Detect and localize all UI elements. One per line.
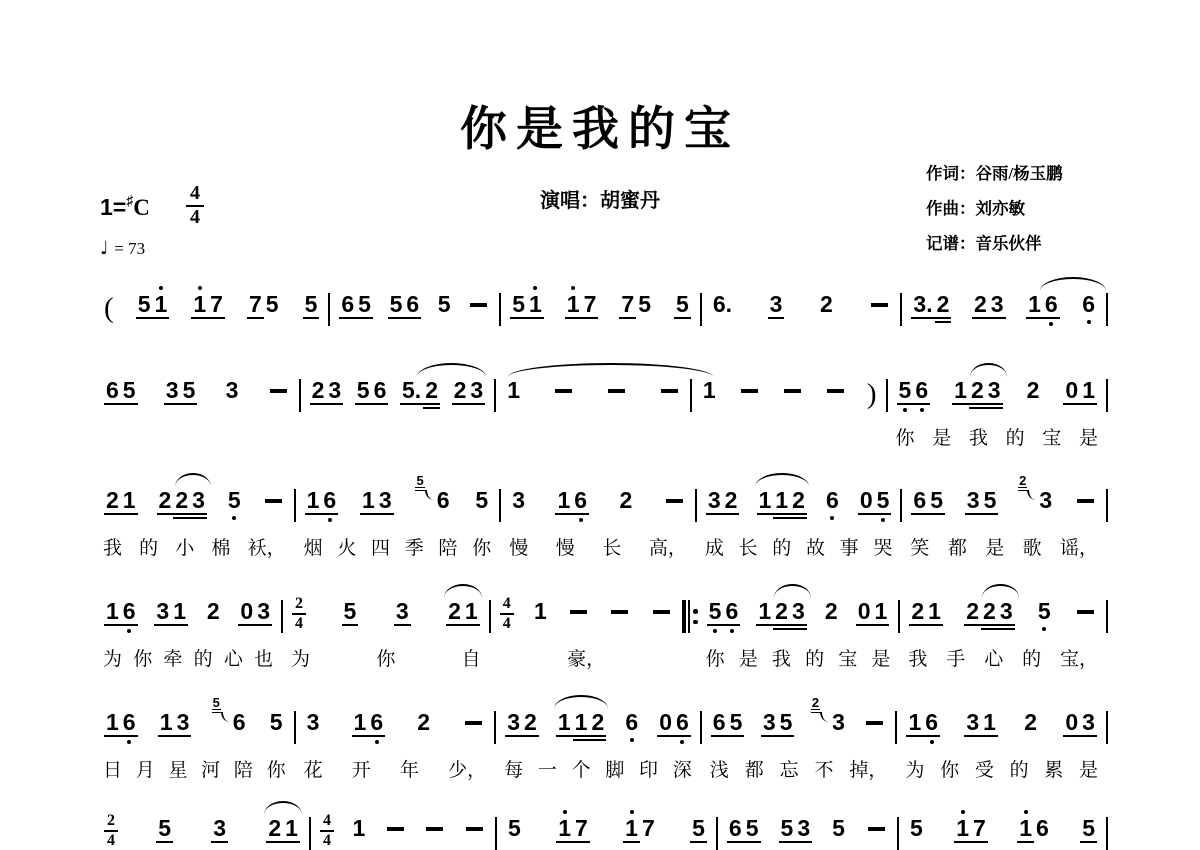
note-group bbox=[824, 378, 847, 393]
note: 2 bbox=[790, 488, 807, 519]
grace-curve bbox=[820, 712, 829, 722]
measure-notes: 212235 bbox=[95, 488, 294, 526]
note: 1 bbox=[1026, 292, 1043, 319]
measure-notes: 441 bbox=[491, 599, 682, 637]
barline bbox=[1106, 711, 1108, 744]
note-group: 3 bbox=[211, 816, 228, 843]
measure: 1613565日月星河陪你 bbox=[95, 710, 294, 782]
note: 2 bbox=[773, 599, 790, 630]
ts-denominator: 4 bbox=[503, 615, 511, 633]
note-group bbox=[567, 599, 590, 614]
note-group: 23 bbox=[811, 710, 847, 735]
note: 1 bbox=[104, 599, 121, 626]
open-paren: ( bbox=[104, 292, 114, 325]
lyric-char: 牵 bbox=[163, 644, 182, 671]
note-group: 6 bbox=[623, 710, 640, 735]
measure-notes: 65565 bbox=[330, 292, 499, 330]
note-group: 56 bbox=[388, 292, 422, 319]
note-group: 65 bbox=[911, 488, 945, 515]
note: 1 bbox=[773, 488, 790, 519]
dash-rest bbox=[871, 303, 888, 307]
note-group: 13 bbox=[360, 488, 394, 515]
note: 7 bbox=[208, 292, 225, 319]
lyric-char: 你 bbox=[472, 533, 491, 560]
note-group: 13 bbox=[158, 710, 192, 737]
lyrics-line: 每一个脚印深 bbox=[496, 755, 700, 782]
measure-notes: 653523 bbox=[902, 488, 1106, 526]
measure-notes: 517175 bbox=[497, 816, 716, 850]
note-group: 16 bbox=[555, 488, 589, 515]
measure-notes: 6.32 bbox=[702, 292, 901, 330]
dash-rest bbox=[470, 303, 487, 307]
measure: 441 bbox=[311, 816, 495, 850]
note-group: 05 bbox=[858, 488, 892, 515]
note-group bbox=[608, 599, 631, 614]
barline bbox=[1106, 600, 1108, 633]
lyric-char: 棉 bbox=[211, 533, 230, 560]
note-group: 35 bbox=[761, 710, 795, 737]
note: 3 bbox=[768, 292, 785, 319]
measure: 653523笑都是歌谣， bbox=[902, 488, 1106, 560]
lyric-char: 的 bbox=[772, 533, 791, 560]
measure: (5117755 bbox=[95, 292, 328, 330]
note-group: 3 bbox=[768, 292, 785, 319]
note: 1 bbox=[701, 378, 718, 403]
measure-notes: 32112606 bbox=[496, 710, 700, 748]
note: 6 bbox=[1043, 292, 1060, 319]
note: 5 bbox=[674, 292, 691, 319]
note: 2 bbox=[157, 488, 174, 515]
lyric-char: 心 bbox=[984, 644, 1003, 671]
note: 2 bbox=[1025, 378, 1042, 403]
note: 2 bbox=[969, 378, 986, 409]
note: 1 bbox=[121, 488, 138, 515]
note-group bbox=[865, 816, 888, 831]
note: 3 bbox=[377, 488, 394, 515]
note-group: 35 bbox=[164, 378, 198, 405]
ts-denominator: 4 bbox=[107, 832, 115, 850]
note: 2 bbox=[909, 599, 926, 626]
note: 3 bbox=[830, 710, 847, 735]
lyric-char: 你 bbox=[267, 755, 286, 782]
note-group: 6 bbox=[1080, 292, 1097, 317]
note-group: 21 bbox=[909, 599, 943, 626]
note-group: 75 bbox=[247, 292, 281, 319]
note-group: 01 bbox=[1063, 378, 1097, 405]
dash-rest bbox=[653, 610, 670, 614]
note-group-slur: 123 bbox=[952, 378, 1002, 409]
note-group-slur: 123 bbox=[756, 599, 806, 630]
note: 6 bbox=[911, 488, 928, 515]
note: 7 bbox=[619, 292, 636, 319]
note: 6 bbox=[104, 378, 121, 405]
measure: 1) bbox=[692, 378, 886, 416]
note: 5 bbox=[636, 292, 653, 317]
note: 5 bbox=[744, 816, 761, 843]
note-group bbox=[663, 488, 686, 503]
note: 2 bbox=[423, 378, 440, 409]
note: 6 bbox=[121, 599, 138, 626]
note: 1 bbox=[981, 710, 998, 737]
note-group: 2 bbox=[1025, 378, 1042, 403]
note-group: 75 bbox=[619, 292, 653, 319]
note: 1 bbox=[906, 710, 923, 737]
grace-curve bbox=[425, 490, 434, 500]
measure-notes: 1) bbox=[692, 378, 886, 416]
note-group-slur: 223 bbox=[157, 488, 207, 519]
note: 5 bbox=[1036, 599, 1053, 624]
note-group: 17 bbox=[556, 816, 590, 843]
lyric-char: 陪 bbox=[234, 755, 253, 782]
note-group bbox=[738, 378, 761, 393]
lyric-char: 脚 bbox=[605, 755, 624, 782]
measure-notes: 5117755 bbox=[501, 292, 700, 330]
lyric-char: 掉， bbox=[849, 755, 887, 782]
note: 7 bbox=[640, 816, 657, 841]
time-signature: 24 bbox=[104, 812, 118, 849]
note: 6 bbox=[368, 710, 385, 737]
note: 3 bbox=[394, 599, 411, 626]
note: 2 bbox=[205, 599, 222, 624]
lyric-char: 的 bbox=[1022, 644, 1041, 671]
barline bbox=[1106, 379, 1108, 412]
lyric-char: 慢 bbox=[556, 533, 575, 560]
note-group: 16 bbox=[305, 488, 339, 515]
ts-numerator: 2 bbox=[292, 595, 306, 615]
score-system: 6535323565.22311)56123201你是我的宝是 bbox=[95, 378, 1108, 450]
note: 2 bbox=[104, 488, 121, 515]
measure: 3162花开年少， bbox=[296, 710, 495, 782]
note: 1 bbox=[556, 710, 573, 737]
note-group: 65 bbox=[104, 378, 138, 405]
note-group: 5 bbox=[830, 816, 847, 841]
lyric-char: 月 bbox=[136, 755, 155, 782]
lyric-char: 日 bbox=[103, 755, 122, 782]
note: 5 bbox=[779, 816, 796, 843]
score: (51177556556551177556.323.22316665353235… bbox=[0, 0, 1200, 850]
note-group bbox=[262, 488, 285, 503]
lyrics-line: 为你受的累是 bbox=[897, 755, 1106, 782]
note: 5. bbox=[400, 378, 423, 405]
measure: 23565.223 bbox=[301, 378, 495, 416]
note-group: 56 bbox=[212, 710, 248, 735]
note: 1 bbox=[565, 292, 582, 319]
note: 3 bbox=[255, 599, 272, 626]
note-group: 65 bbox=[711, 710, 745, 737]
lyric-char: 故 bbox=[806, 533, 825, 560]
note: 0 bbox=[858, 488, 875, 515]
measure: 1 bbox=[496, 378, 690, 416]
grace-note: 5 bbox=[415, 474, 424, 491]
dash-rest bbox=[1077, 499, 1094, 503]
lyric-char: 为 bbox=[905, 755, 924, 782]
repeat-thick-bar bbox=[682, 600, 686, 633]
grace-curve bbox=[1027, 490, 1036, 500]
lyric-char: 我 bbox=[908, 644, 927, 671]
note: 3 bbox=[1080, 710, 1097, 737]
score-system: 1631203为你牵的心也245321为你自441豪，56123201你是我的宝… bbox=[95, 599, 1108, 671]
note: 1 bbox=[505, 378, 522, 403]
note: 5 bbox=[510, 292, 527, 319]
measure-notes: 3.223166 bbox=[902, 292, 1106, 330]
note-group bbox=[467, 292, 490, 307]
note-group: 5 bbox=[226, 488, 243, 513]
note-group: 16 bbox=[352, 710, 386, 737]
measure: 1631203为你牵的心也 bbox=[95, 599, 281, 671]
note: 2 bbox=[522, 710, 539, 737]
note-group: 2 bbox=[1022, 710, 1039, 735]
lyric-char: 长 bbox=[602, 533, 621, 560]
close-paren: ) bbox=[867, 378, 877, 411]
measure: 32112606每一个脚印深 bbox=[496, 710, 700, 782]
lyric-char: 个 bbox=[572, 755, 591, 782]
measure-notes: 32112605 bbox=[697, 488, 901, 526]
lyric-char: 年 bbox=[400, 755, 419, 782]
note: 1 bbox=[104, 710, 121, 737]
note: 6 bbox=[723, 599, 740, 626]
note: 2 bbox=[935, 292, 952, 323]
note: 3 bbox=[224, 378, 241, 403]
measure: 3162慢慢长高， bbox=[501, 488, 695, 560]
note-group bbox=[605, 378, 628, 393]
lyric-char: 事 bbox=[840, 533, 859, 560]
note: 7 bbox=[971, 816, 988, 843]
measure: 1613565烟火四季陪你 bbox=[296, 488, 500, 560]
lyric-char: 是 bbox=[871, 644, 890, 671]
note: 5 bbox=[226, 488, 243, 513]
lyric-char: 是 bbox=[985, 533, 1004, 560]
note-group: 1 bbox=[701, 378, 718, 403]
note: 3 bbox=[706, 488, 723, 515]
lyric-char: 豪， bbox=[567, 644, 605, 671]
note-group: 06 bbox=[657, 710, 691, 737]
note: 1 bbox=[555, 488, 572, 515]
note: 3 bbox=[761, 710, 778, 737]
measure-notes: 1613565 bbox=[95, 710, 294, 748]
measure: 56123201你是我的宝是 bbox=[698, 599, 899, 671]
lyric-char: 宝 bbox=[838, 644, 857, 671]
grace-note: 2 bbox=[811, 696, 820, 713]
note: 7 bbox=[573, 816, 590, 843]
note: 1 bbox=[873, 599, 890, 626]
lyric-char: 高， bbox=[649, 533, 687, 560]
lyric-char: 慢 bbox=[509, 533, 528, 560]
note: 3 bbox=[986, 378, 1003, 409]
dash-rest bbox=[570, 610, 587, 614]
note-group: 56 bbox=[707, 599, 741, 626]
score-system: (51177556556551177556.323.223166 bbox=[95, 292, 1108, 330]
note: 5 bbox=[908, 816, 925, 841]
note: 1 bbox=[954, 816, 971, 843]
lyric-char: 哭 bbox=[873, 533, 892, 560]
lyrics-line: 成长的故事哭 bbox=[697, 533, 901, 560]
note-group: 56 bbox=[415, 488, 451, 513]
lyric-char: 小 bbox=[175, 533, 194, 560]
lyric-char: 浅 bbox=[710, 755, 729, 782]
note: 5 bbox=[1080, 816, 1097, 843]
note: 5 bbox=[982, 488, 999, 515]
note: 1 bbox=[171, 599, 188, 626]
note: 3 bbox=[965, 488, 982, 515]
note-group: 2 bbox=[818, 292, 835, 317]
note-group: 65 bbox=[339, 292, 373, 319]
note: 6 bbox=[121, 710, 138, 737]
note-group: 03 bbox=[1063, 710, 1097, 737]
note: 5 bbox=[830, 816, 847, 841]
note: 2 bbox=[173, 488, 190, 519]
lyric-char: 都 bbox=[745, 755, 764, 782]
note-group bbox=[781, 378, 804, 393]
measure-notes: 1631203 bbox=[95, 599, 281, 637]
note: 5 bbox=[136, 292, 153, 319]
note: 1 bbox=[158, 710, 175, 737]
note: 3 bbox=[795, 816, 812, 843]
note-group: 53 bbox=[779, 816, 813, 843]
measure-notes: 56123201 bbox=[888, 378, 1106, 416]
measure-notes: 1613565 bbox=[296, 488, 500, 526]
note-group: 23 bbox=[310, 378, 344, 405]
repeat-sign bbox=[682, 600, 698, 633]
note-group-slur: 5.2 bbox=[400, 378, 440, 409]
note-group: 03 bbox=[238, 599, 272, 626]
note: 1 bbox=[305, 488, 322, 515]
note: 0 bbox=[1063, 710, 1080, 737]
note-group bbox=[463, 816, 486, 831]
lyric-char: 是 bbox=[739, 644, 758, 671]
measure-notes: 1 bbox=[496, 378, 690, 416]
lyric-char: 星 bbox=[168, 755, 187, 782]
lyric-char: 火 bbox=[337, 533, 356, 560]
note: 5 bbox=[778, 710, 795, 737]
note-group: 5 bbox=[303, 292, 320, 319]
note-group: 5 bbox=[156, 816, 173, 843]
measure: 212235我手心的宝， bbox=[900, 599, 1106, 671]
note-group: 6 bbox=[824, 488, 841, 513]
lyric-char: 宝 bbox=[1042, 423, 1061, 450]
note-group: 5 bbox=[674, 292, 691, 319]
note-group: 3 bbox=[510, 488, 527, 513]
note: 1 bbox=[573, 710, 590, 741]
grace-curve bbox=[221, 712, 230, 722]
note-group: 1 bbox=[532, 599, 549, 624]
note: 0 bbox=[657, 710, 674, 737]
note: 3 bbox=[1037, 488, 1054, 513]
note: 5 bbox=[506, 816, 523, 841]
lyric-char: 也 bbox=[254, 644, 273, 671]
note: 1 bbox=[952, 378, 969, 405]
note: 3 bbox=[175, 710, 192, 737]
note: 3. bbox=[911, 292, 934, 319]
note: 1 bbox=[191, 292, 208, 319]
note-group: 51 bbox=[510, 292, 544, 319]
lyrics-line: 你是我的宝是 bbox=[888, 423, 1106, 450]
note-group: 35 bbox=[965, 488, 999, 515]
note-group: 3 bbox=[394, 599, 411, 626]
score-system: 212235我的小棉袄，1613565烟火四季陪你3162慢慢长高，321126… bbox=[95, 488, 1108, 560]
dash-rest bbox=[866, 721, 883, 725]
note-group: 17 bbox=[954, 816, 988, 843]
note-group: 51 bbox=[136, 292, 170, 319]
measure-notes: 56123201 bbox=[698, 599, 899, 637]
note-group: 3.2 bbox=[911, 292, 951, 323]
measure-notes: 245321 bbox=[283, 599, 489, 637]
dash-rest bbox=[784, 389, 801, 393]
note: 1 bbox=[556, 816, 573, 843]
lyric-char: 都 bbox=[948, 533, 967, 560]
dash-rest bbox=[868, 827, 885, 831]
measure: 65353 bbox=[95, 378, 299, 416]
note: 5 bbox=[875, 488, 892, 515]
measure: 32112605成长的故事哭 bbox=[697, 488, 901, 560]
note: 3 bbox=[326, 378, 343, 405]
lyric-char: 袄， bbox=[248, 533, 286, 560]
dash-rest bbox=[426, 827, 443, 831]
note-group-slur: 21 bbox=[266, 816, 300, 843]
note-group: 2 bbox=[618, 488, 635, 513]
note-group bbox=[462, 710, 485, 725]
measure-notes: 65535 bbox=[718, 816, 897, 850]
note-group bbox=[863, 710, 886, 725]
lyrics-line: 为你牵的心也 bbox=[95, 644, 281, 671]
note: 3 bbox=[164, 378, 181, 405]
measure: 517175 bbox=[497, 816, 716, 850]
lyric-char: 为 bbox=[103, 644, 122, 671]
measure-notes: 212235 bbox=[900, 599, 1106, 637]
lyric-char: 四 bbox=[371, 533, 390, 560]
lyric-char: 陪 bbox=[438, 533, 457, 560]
note: 5 bbox=[268, 710, 285, 735]
measure-notes: 3162 bbox=[501, 488, 695, 526]
note: 2 bbox=[818, 292, 835, 317]
lyric-char: 累 bbox=[1044, 755, 1063, 782]
lyric-char: 是 bbox=[1079, 755, 1098, 782]
note: 3 bbox=[998, 599, 1015, 630]
dash-rest bbox=[466, 827, 483, 831]
ts-numerator: 4 bbox=[500, 595, 514, 615]
note-group: 1 bbox=[351, 816, 368, 841]
time-signature: 24 bbox=[292, 595, 306, 632]
lyrics-line: 花开年少， bbox=[296, 755, 495, 782]
note: 3 bbox=[505, 710, 522, 737]
lyric-char: 你 bbox=[896, 423, 915, 450]
note: 2 bbox=[310, 378, 327, 405]
note: 6 bbox=[1080, 292, 1097, 317]
note-group: 5 bbox=[690, 816, 707, 843]
dash-rest bbox=[265, 499, 282, 503]
lyric-char: 的 bbox=[139, 533, 158, 560]
note-group: 3 bbox=[224, 378, 241, 403]
lyric-char: 我 bbox=[103, 533, 122, 560]
lyric-char: 印 bbox=[639, 755, 658, 782]
note-group: 23 bbox=[1018, 488, 1054, 513]
note-group: 23 bbox=[452, 378, 486, 405]
measure: 212235我的小棉袄， bbox=[95, 488, 294, 560]
note: 6 bbox=[231, 710, 248, 735]
dash-rest bbox=[465, 721, 482, 725]
measure: 245321 bbox=[95, 816, 309, 850]
measure: 65535 bbox=[718, 816, 897, 850]
note: 6 bbox=[372, 378, 389, 405]
measure: 245321为你自 bbox=[283, 599, 489, 671]
note-group: 5 bbox=[436, 292, 453, 317]
note: 2 bbox=[618, 488, 635, 513]
ts-denominator: 4 bbox=[295, 615, 303, 633]
note: 5 bbox=[897, 378, 914, 405]
lyric-char: 季 bbox=[405, 533, 424, 560]
lyric-char: 一 bbox=[538, 755, 557, 782]
note: 6 bbox=[711, 710, 728, 737]
note: 2 bbox=[266, 816, 283, 843]
